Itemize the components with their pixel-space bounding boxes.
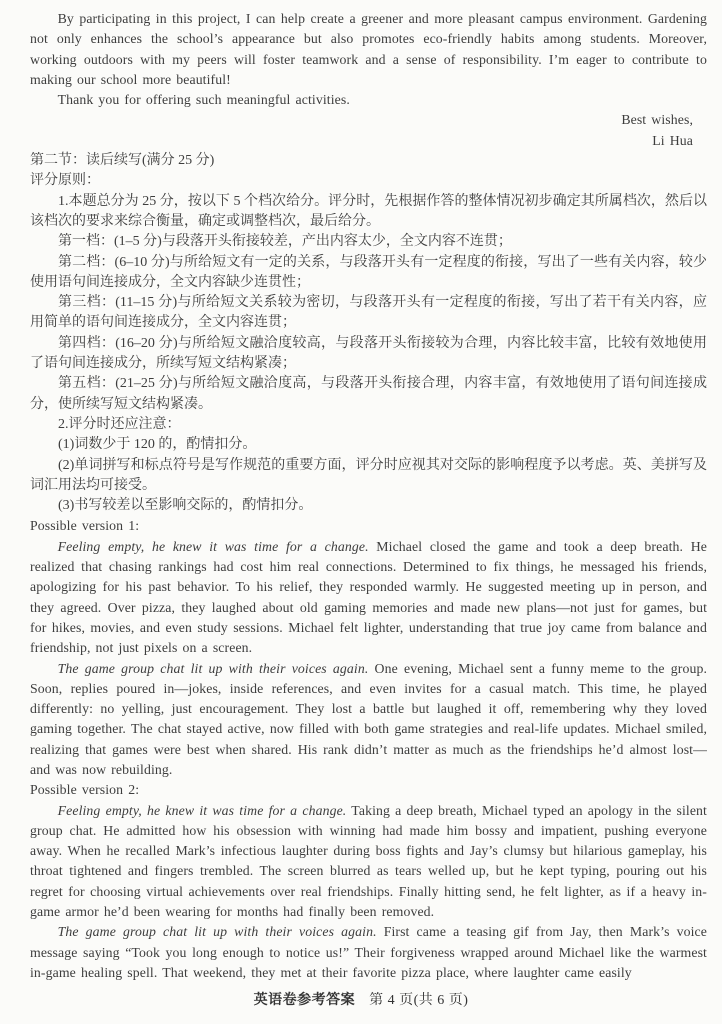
version1-paragraph-2: The game group chat lit up with their vo… xyxy=(30,659,707,781)
version2-p1-lead-sentence: Feeling empty, he knew it was time for a… xyxy=(58,803,347,818)
scoring-item-band4: 第四档：(16–20 分)与所给短文融洽度较高，与段落开头衔接较为合理，内容比较… xyxy=(30,334,707,375)
scoring-note-heading: 2.评分时还应注意： xyxy=(30,415,707,435)
possible-version-1-heading: Possible version 1: xyxy=(30,516,707,536)
scoring-item-overall: 1.本题总分为 25 分，按以下 5 个档次给分。评分时，先根据作答的整体情况初… xyxy=(30,192,707,233)
scoring-principles-label: 评分原则： xyxy=(30,171,707,191)
version2-p2-lead-sentence: The game group chat lit up with their vo… xyxy=(58,924,377,939)
page-footer: 英语卷参考答案第 4 页(共 6 页) xyxy=(0,989,722,1009)
version1-paragraph-1: Feeling empty, he knew it was time for a… xyxy=(30,537,707,659)
version1-p2-body: One evening, Michael sent a funny meme t… xyxy=(30,661,707,777)
version1-p1-body: Michael closed the game and took a deep … xyxy=(30,539,707,655)
version2-paragraph-1: Feeling empty, he knew it was time for a… xyxy=(30,801,707,923)
version1-p1-lead-sentence: Feeling empty, he knew it was time for a… xyxy=(58,539,369,554)
scoring-note-3: (3)书写较差以至影响交际的，酌情扣分。 xyxy=(30,496,707,516)
letter-thanks-line: Thank you for offering such meaningful a… xyxy=(30,90,707,110)
version1-p2-lead-sentence: The game group chat lit up with their vo… xyxy=(58,661,369,676)
possible-version-2-heading: Possible version 2: xyxy=(30,780,707,800)
version2-p1-body: Taking a deep breath, Michael typed an a… xyxy=(30,803,707,919)
scoring-note-2: (2)单词拼写和标点符号是写作规范的重要方面，评分时应视其对交际的影响程度予以考… xyxy=(30,456,707,497)
letter-body-paragraph: By participating in this project, I can … xyxy=(30,9,707,90)
footer-doc-title: 英语卷参考答案 xyxy=(254,993,356,1008)
scoring-note-1: (1)词数少于 120 的，酌情扣分。 xyxy=(30,435,707,455)
scoring-item-band3: 第三档：(11–15 分)与所给短文关系较为密切，与段落开头有一定程度的衔接，写… xyxy=(30,293,707,334)
document-page: By participating in this project, I can … xyxy=(0,0,722,1024)
scoring-item-band5: 第五档：(21–25 分)与所给短文融洽度高，与段落开头衔接合理，内容丰富，有效… xyxy=(30,374,707,415)
scoring-item-band1: 第一档：(1–5 分)与段落开头衔接较差，产出内容太少，全文内容不连贯； xyxy=(30,232,707,252)
version2-paragraph-2: The game group chat lit up with their vo… xyxy=(30,922,707,983)
scoring-item-band2: 第二档：(6–10 分)与所给短文有一定的关系，与段落开头有一定程度的衔接，写出… xyxy=(30,253,707,294)
footer-page-info: 第 4 页(共 6 页) xyxy=(369,993,468,1008)
letter-signature: Li Hua xyxy=(30,131,707,151)
letter-closing: Best wishes, xyxy=(30,110,707,130)
section2-heading: 第二节：读后续写(满分 25 分) xyxy=(30,151,707,171)
